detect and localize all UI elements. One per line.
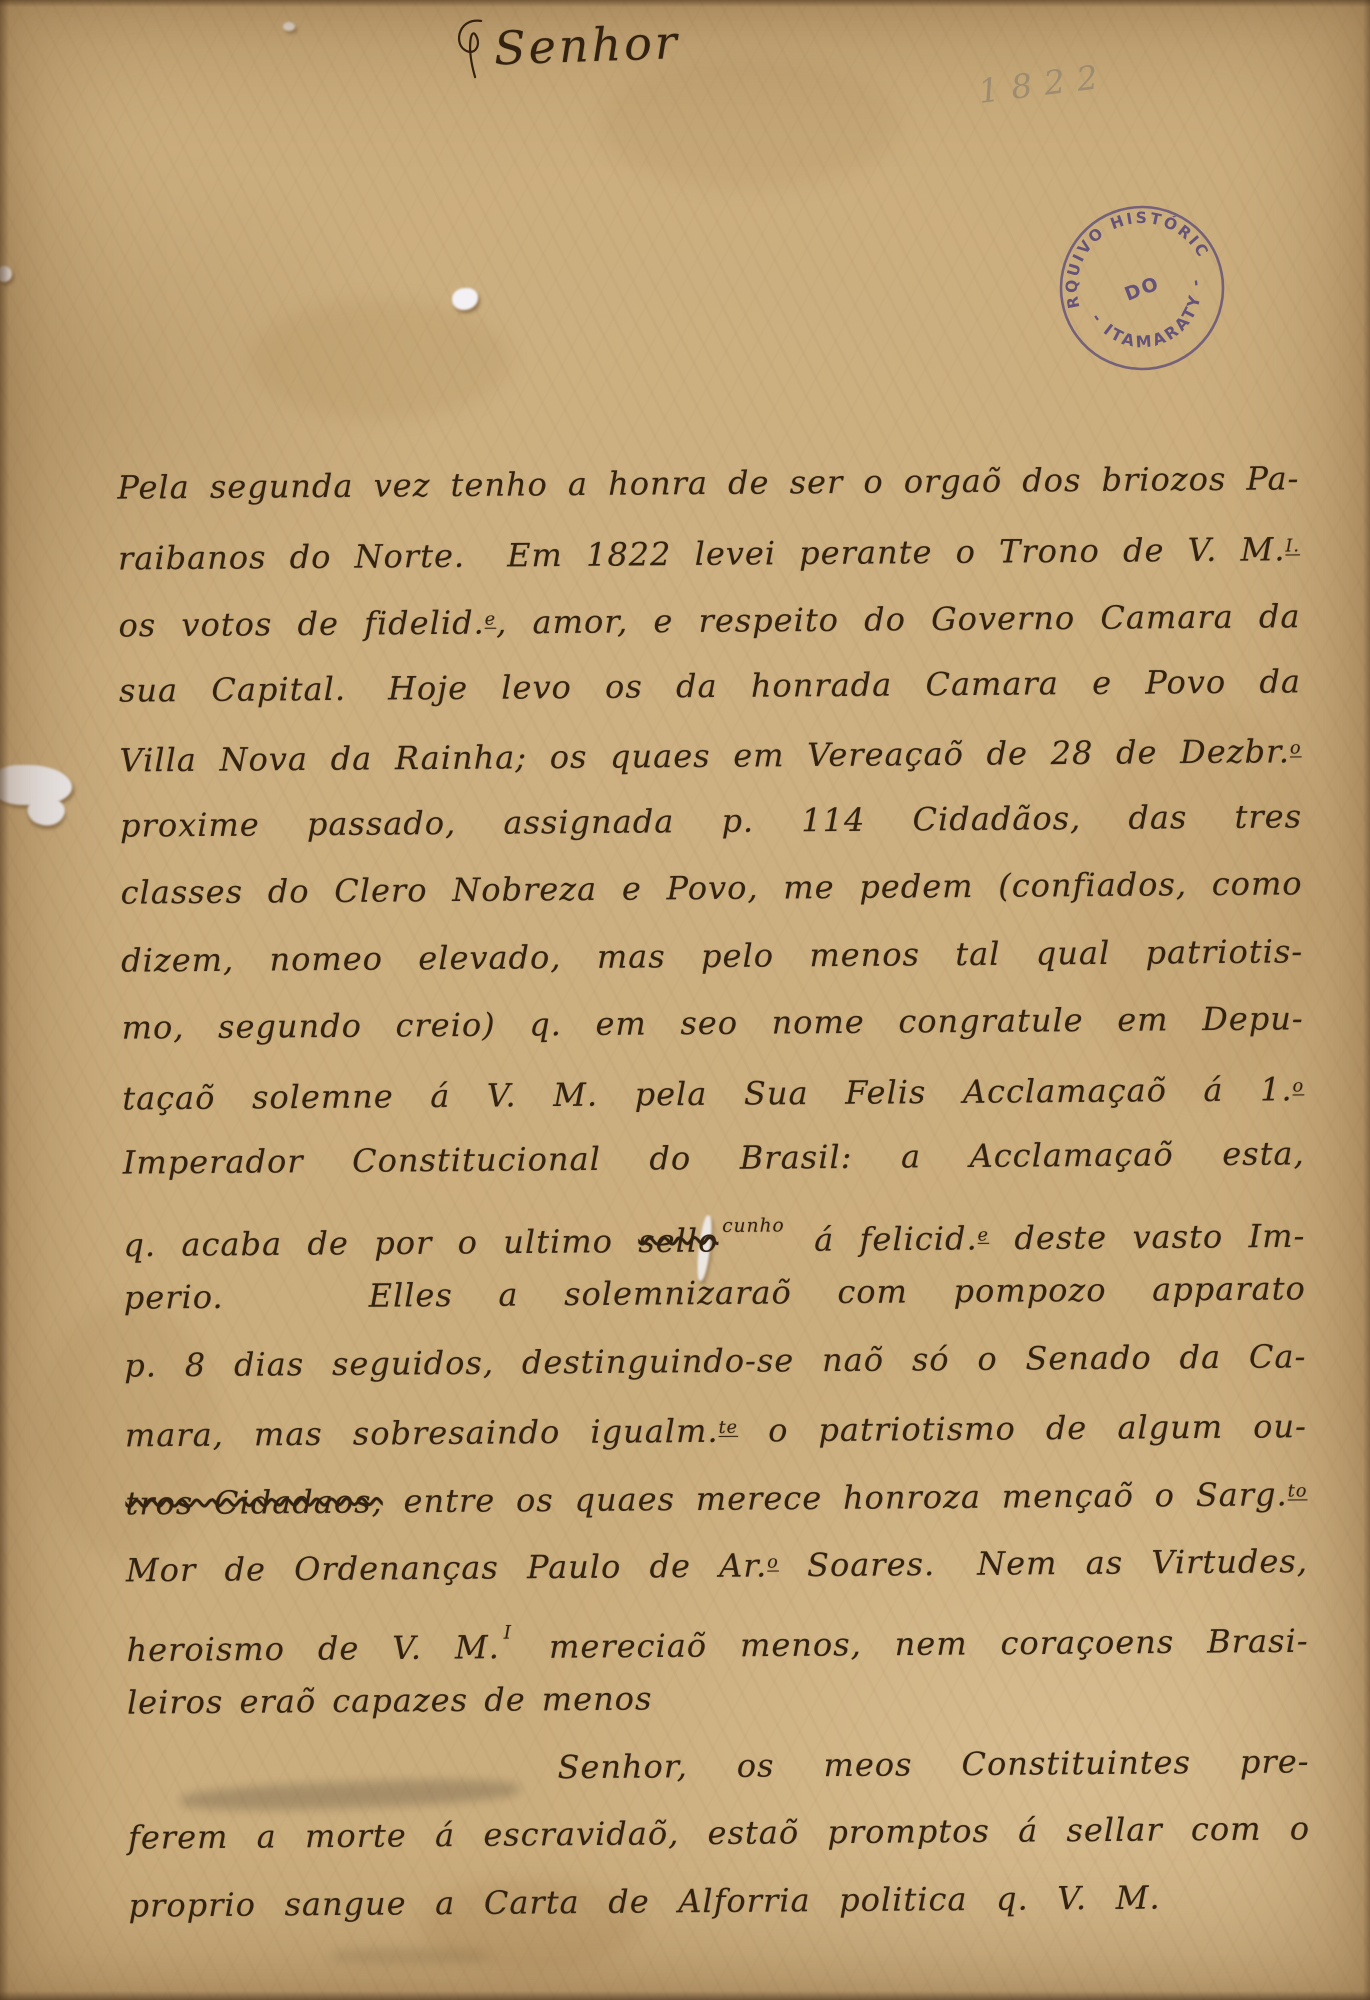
letter-body: Pela segunda vez tenho a honra de ser o … [117, 445, 1311, 1939]
letter-text: leiros eraõ capazes de menos [127, 1679, 653, 1721]
superscript-text: e [978, 1225, 990, 1245]
paper-stain [250, 300, 510, 420]
paper-tear [23, 790, 68, 832]
letter-text: q. acaba de por o ultimo [123, 1222, 638, 1264]
paper-tear [283, 22, 295, 31]
letter-line: Imperador Constitucional do Brasil: a Ac… [122, 1120, 1304, 1197]
letter-text: dizem, nomeo elevado, mas pelo menos tal… [121, 932, 1303, 979]
struck-out-text: sello [638, 1221, 718, 1260]
pen-flourish-icon [451, 15, 493, 80]
letter-text: mereciaõ menos, nem coraçoens Brasi- [516, 1621, 1309, 1665]
letter-line: dizem, nomeo elevado, mas pelo menos tal… [121, 918, 1303, 995]
letter-line: Senhor, os meos Constituintes pre- [557, 1728, 1310, 1801]
manuscript-page: Senhor 1822 ARQUIVO HISTÓRICO - ITAMARAT… [0, 0, 1370, 2000]
letter-line: Mor de Ordenanças Paulo de Ar.o Soares.N… [126, 1525, 1308, 1602]
page-title-text: Senhor [493, 15, 680, 75]
letter-text: Mor de Ordenanças Paulo de Ar. [126, 1546, 768, 1589]
superscript-text: to [1288, 1481, 1308, 1501]
letter-text: o patriotismo de algum ou- [738, 1407, 1307, 1449]
struck-out-text: tros Cidadaos, [125, 1482, 383, 1522]
inserted-above-text: cunho [722, 1215, 785, 1236]
letter-text: Hoje levo os da honrada Camara e Povo da [388, 662, 1301, 707]
letter-text: Elles a solemnizaraõ com pompozo apparat… [368, 1269, 1305, 1314]
year-annotation: 1822 [976, 56, 1112, 111]
letter-text: perio. [124, 1278, 224, 1317]
letter-line: leiros eraõ capazes de menos [127, 1660, 1309, 1737]
letter-text: proprio sangue a Carta de Alforria polit… [128, 1878, 1160, 1924]
letter-text: proxime passado, assignada p. 114 Cidadã… [120, 797, 1302, 844]
letter-text: sua Capital. [119, 669, 346, 709]
letter-text: classes do Clero Nobreza e Povo, me pede… [120, 864, 1302, 911]
ink-smudge [330, 1948, 490, 1964]
superscript-text: o [1293, 1076, 1305, 1096]
letter-text: Villa Nova da Rainha; os quaes em Vereaç… [119, 732, 1290, 779]
letter-line: sua Capital.Hoje levo os da honrada Cama… [119, 648, 1301, 725]
letter-text: entre os quaes merece honroza mençaõ o S… [383, 1475, 1288, 1520]
paper-stain [600, 60, 900, 190]
paper-tear [0, 765, 72, 805]
letter-line: proprio sangue a Carta de Alforria polit… [128, 1864, 1160, 1940]
letter-text: Senhor, os meos Constituintes pre- [557, 1742, 1309, 1786]
superscript-text: e [485, 610, 497, 630]
superscript-text: te [718, 1418, 738, 1438]
letter-line: mara, mas sobresaindo igualm.te o patrio… [125, 1390, 1307, 1467]
letter-line: perio.Elles a solemnizaraõ com pompozo a… [124, 1255, 1306, 1332]
page-edge [0, 0, 1370, 7]
page-edge [0, 1991, 1370, 2000]
letter-line: Pela segunda vez tenho a honra de ser o … [117, 445, 1299, 522]
letter-text: raibanos do Norte. [118, 536, 465, 577]
letter-line: mo, segundo creio) q. em seo nome congra… [121, 985, 1303, 1062]
letter-text: os votos de fidelid. [118, 604, 485, 645]
page-edge [0, 0, 9, 2000]
letter-line: taçaõ solemne á V. M. pela Sua Felis Acc… [122, 1053, 1304, 1130]
superscript-text: o [1290, 738, 1302, 758]
letter-line: p. 8 dias seguidos, destinguindo-se naõ … [124, 1323, 1306, 1400]
letter-line: Villa Nova da Rainha; os quaes em Vereaç… [119, 715, 1301, 792]
superscript-text: o [767, 1553, 779, 1573]
letter-line: proxime passado, assignada p. 114 Cidadã… [120, 783, 1302, 860]
letter-line: q. acaba de por o ultimo sellocunho á fe… [123, 1188, 1305, 1265]
page-edge [1363, 0, 1370, 2000]
inserted-above-text: I [504, 1622, 512, 1643]
letter-text: heroismo de V. M. [126, 1628, 500, 1669]
letter-line: classes do Clero Nobreza e Povo, me pede… [120, 850, 1302, 927]
paper-tear [452, 288, 478, 310]
letter-text: taçaõ solemne á V. M. pela Sua Felis Acc… [122, 1070, 1293, 1117]
letter-text: ferem a morte á escravidaõ, estaõ prompt… [128, 1809, 1310, 1856]
letter-line: tros Cidadaos, entre os quaes merece hon… [125, 1458, 1307, 1535]
superscript-text: I. [1285, 536, 1300, 556]
stamp-center-text: DO [1122, 272, 1163, 305]
letter-line: raibanos do Norte.Em 1822 levei perante … [118, 513, 1300, 590]
letter-text: Soares. [779, 1545, 936, 1584]
letter-text: , amor, e respeito do Governo Camara da [496, 597, 1301, 641]
letter-text: deste vasto Im- [989, 1216, 1306, 1256]
text-gap [224, 1307, 369, 1308]
archive-stamp: ARQUIVO HISTÓRICO - ITAMARATY - DO [1024, 170, 1259, 405]
letter-text: á felicid. [789, 1219, 978, 1258]
letter-text: mo, segundo creio) q. em seo nome congra… [122, 999, 1304, 1046]
letter-text: Nem as Virtudes, [977, 1542, 1308, 1583]
letter-line: heroismo de V. M.I mereciaõ menos, nem c… [126, 1593, 1308, 1670]
letter-text: Em 1822 levei perante o Trono de V. M. [507, 530, 1286, 574]
letter-line: ferem a morte á escravidaõ, estaõ prompt… [128, 1795, 1310, 1872]
letter-text: Pela segunda vez tenho a honra de ser o … [117, 459, 1299, 506]
letter-text: mara, mas sobresaindo igualm. [125, 1412, 719, 1455]
letter-line: os votos de fidelid.e, amor, e respeito … [118, 580, 1300, 657]
letter-text: Imperador Constitucional do Brasil: a Ac… [123, 1134, 1305, 1181]
page-title: Senhor [451, 8, 681, 80]
letter-text: p. 8 dias seguidos, destinguindo-se naõ … [124, 1337, 1306, 1384]
